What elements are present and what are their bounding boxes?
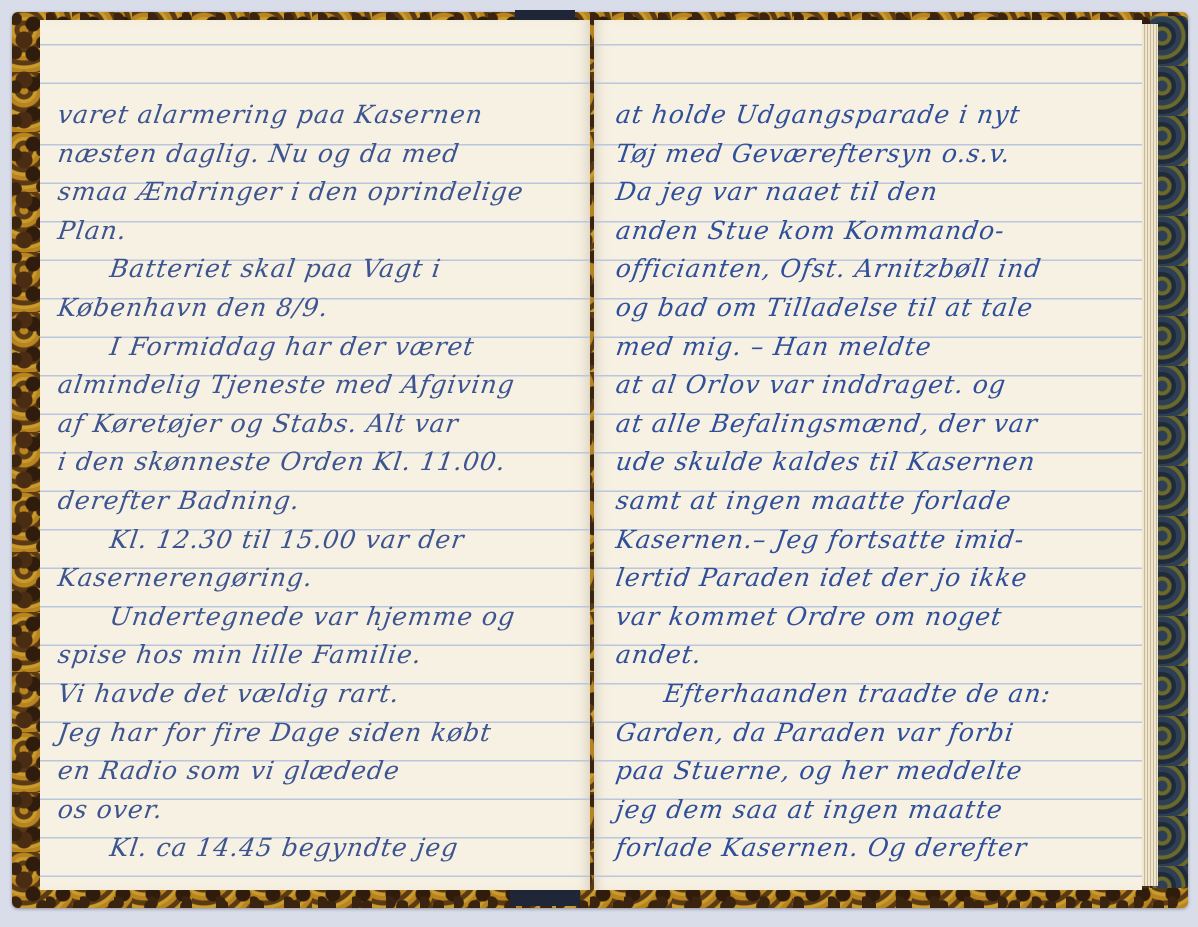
handwritten-line: samt at ingen maatte forlade (594, 482, 1142, 521)
spine-bottom (510, 888, 580, 906)
handwritten-line: Garden, da Paraden var forbi (594, 714, 1142, 753)
handwritten-line: Efterhaanden traadte de an: (594, 675, 1142, 714)
handwritten-line: os over. (40, 791, 590, 830)
handwritten-line: Tøj med Geværeftersyn o.s.v. (594, 135, 1142, 174)
handwritten-line: var kommet Ordre om noget (594, 598, 1142, 637)
handwritten-line: almindelig Tjeneste med Afgiving (40, 366, 590, 405)
handwritten-line: paa Stuerne, og her meddelte (594, 752, 1142, 791)
handwritten-line: i den skønneste Orden Kl. 11.00. (40, 443, 590, 482)
handwritten-line: at al Orlov var inddraget. og (594, 366, 1142, 405)
handwritten-line: Kl. 12.30 til 15.00 var der (40, 521, 590, 560)
handwritten-line: jeg dem saa at ingen maatte (594, 791, 1142, 830)
left-page: varet alarmering paa Kasernennæsten dagl… (40, 20, 590, 890)
handwritten-line: officianten, Ofst. Arnitzbøll ind (594, 250, 1142, 289)
handwritten-line: med mig. – Han meldte (594, 328, 1142, 367)
handwritten-line: smaa Ændringer i den oprindelige (40, 173, 590, 212)
handwritten-line: I Formiddag har der været (40, 328, 590, 367)
handwritten-line: Vi havde det vældig rart. (40, 675, 590, 714)
handwritten-line: en Radio som vi glædede (40, 752, 590, 791)
handwritten-line: ude skulde kaldes til Kasernen (594, 443, 1142, 482)
page-stack-edges (1142, 24, 1158, 886)
handwritten-line: Jeg har for fire Dage siden købt (40, 714, 590, 753)
handwritten-line: og bad om Tilladelse til at tale (594, 289, 1142, 328)
handwritten-line: anden Stue kom Kommando- (594, 212, 1142, 251)
handwritten-line: København den 8/9. (40, 289, 590, 328)
handwritten-line: Kasernen.– Jeg fortsatte imid- (594, 521, 1142, 560)
handwritten-line: Batteriet skal paa Vagt i (40, 250, 590, 289)
right-page: at holde Udgangsparade i nytTøj med Gevæ… (594, 20, 1142, 890)
handwritten-line: spise hos min lille Familie. (40, 636, 590, 675)
handwritten-line: af Køretøjer og Stabs. Alt var (40, 405, 590, 444)
handwritten-line: lertid Paraden idet der jo ikke (594, 559, 1142, 598)
handwritten-line: forlade Kasernen. Og derefter (594, 829, 1142, 868)
handwritten-line: at holde Udgangsparade i nyt (594, 96, 1142, 135)
handwritten-line: næsten daglig. Nu og da med (40, 135, 590, 174)
handwritten-line: at alle Befalingsmænd, der var (594, 405, 1142, 444)
handwritten-line: Undertegnede var hjemme og (40, 598, 590, 637)
handwritten-line: derefter Badning. (40, 482, 590, 521)
handwritten-line: varet alarmering paa Kasernen (40, 96, 590, 135)
handwritten-line: Plan. (40, 212, 590, 251)
left-page-text: varet alarmering paa Kasernennæsten dagl… (40, 106, 590, 878)
handwritten-line: andet. (594, 636, 1142, 675)
handwritten-line: Kasernerengøring. (40, 559, 590, 598)
handwritten-line: Kl. ca 14.45 begyndte jeg (40, 829, 590, 868)
handwritten-line: Da jeg var naaet til den (594, 173, 1142, 212)
right-page-text: at holde Udgangsparade i nytTøj med Gevæ… (594, 106, 1142, 878)
